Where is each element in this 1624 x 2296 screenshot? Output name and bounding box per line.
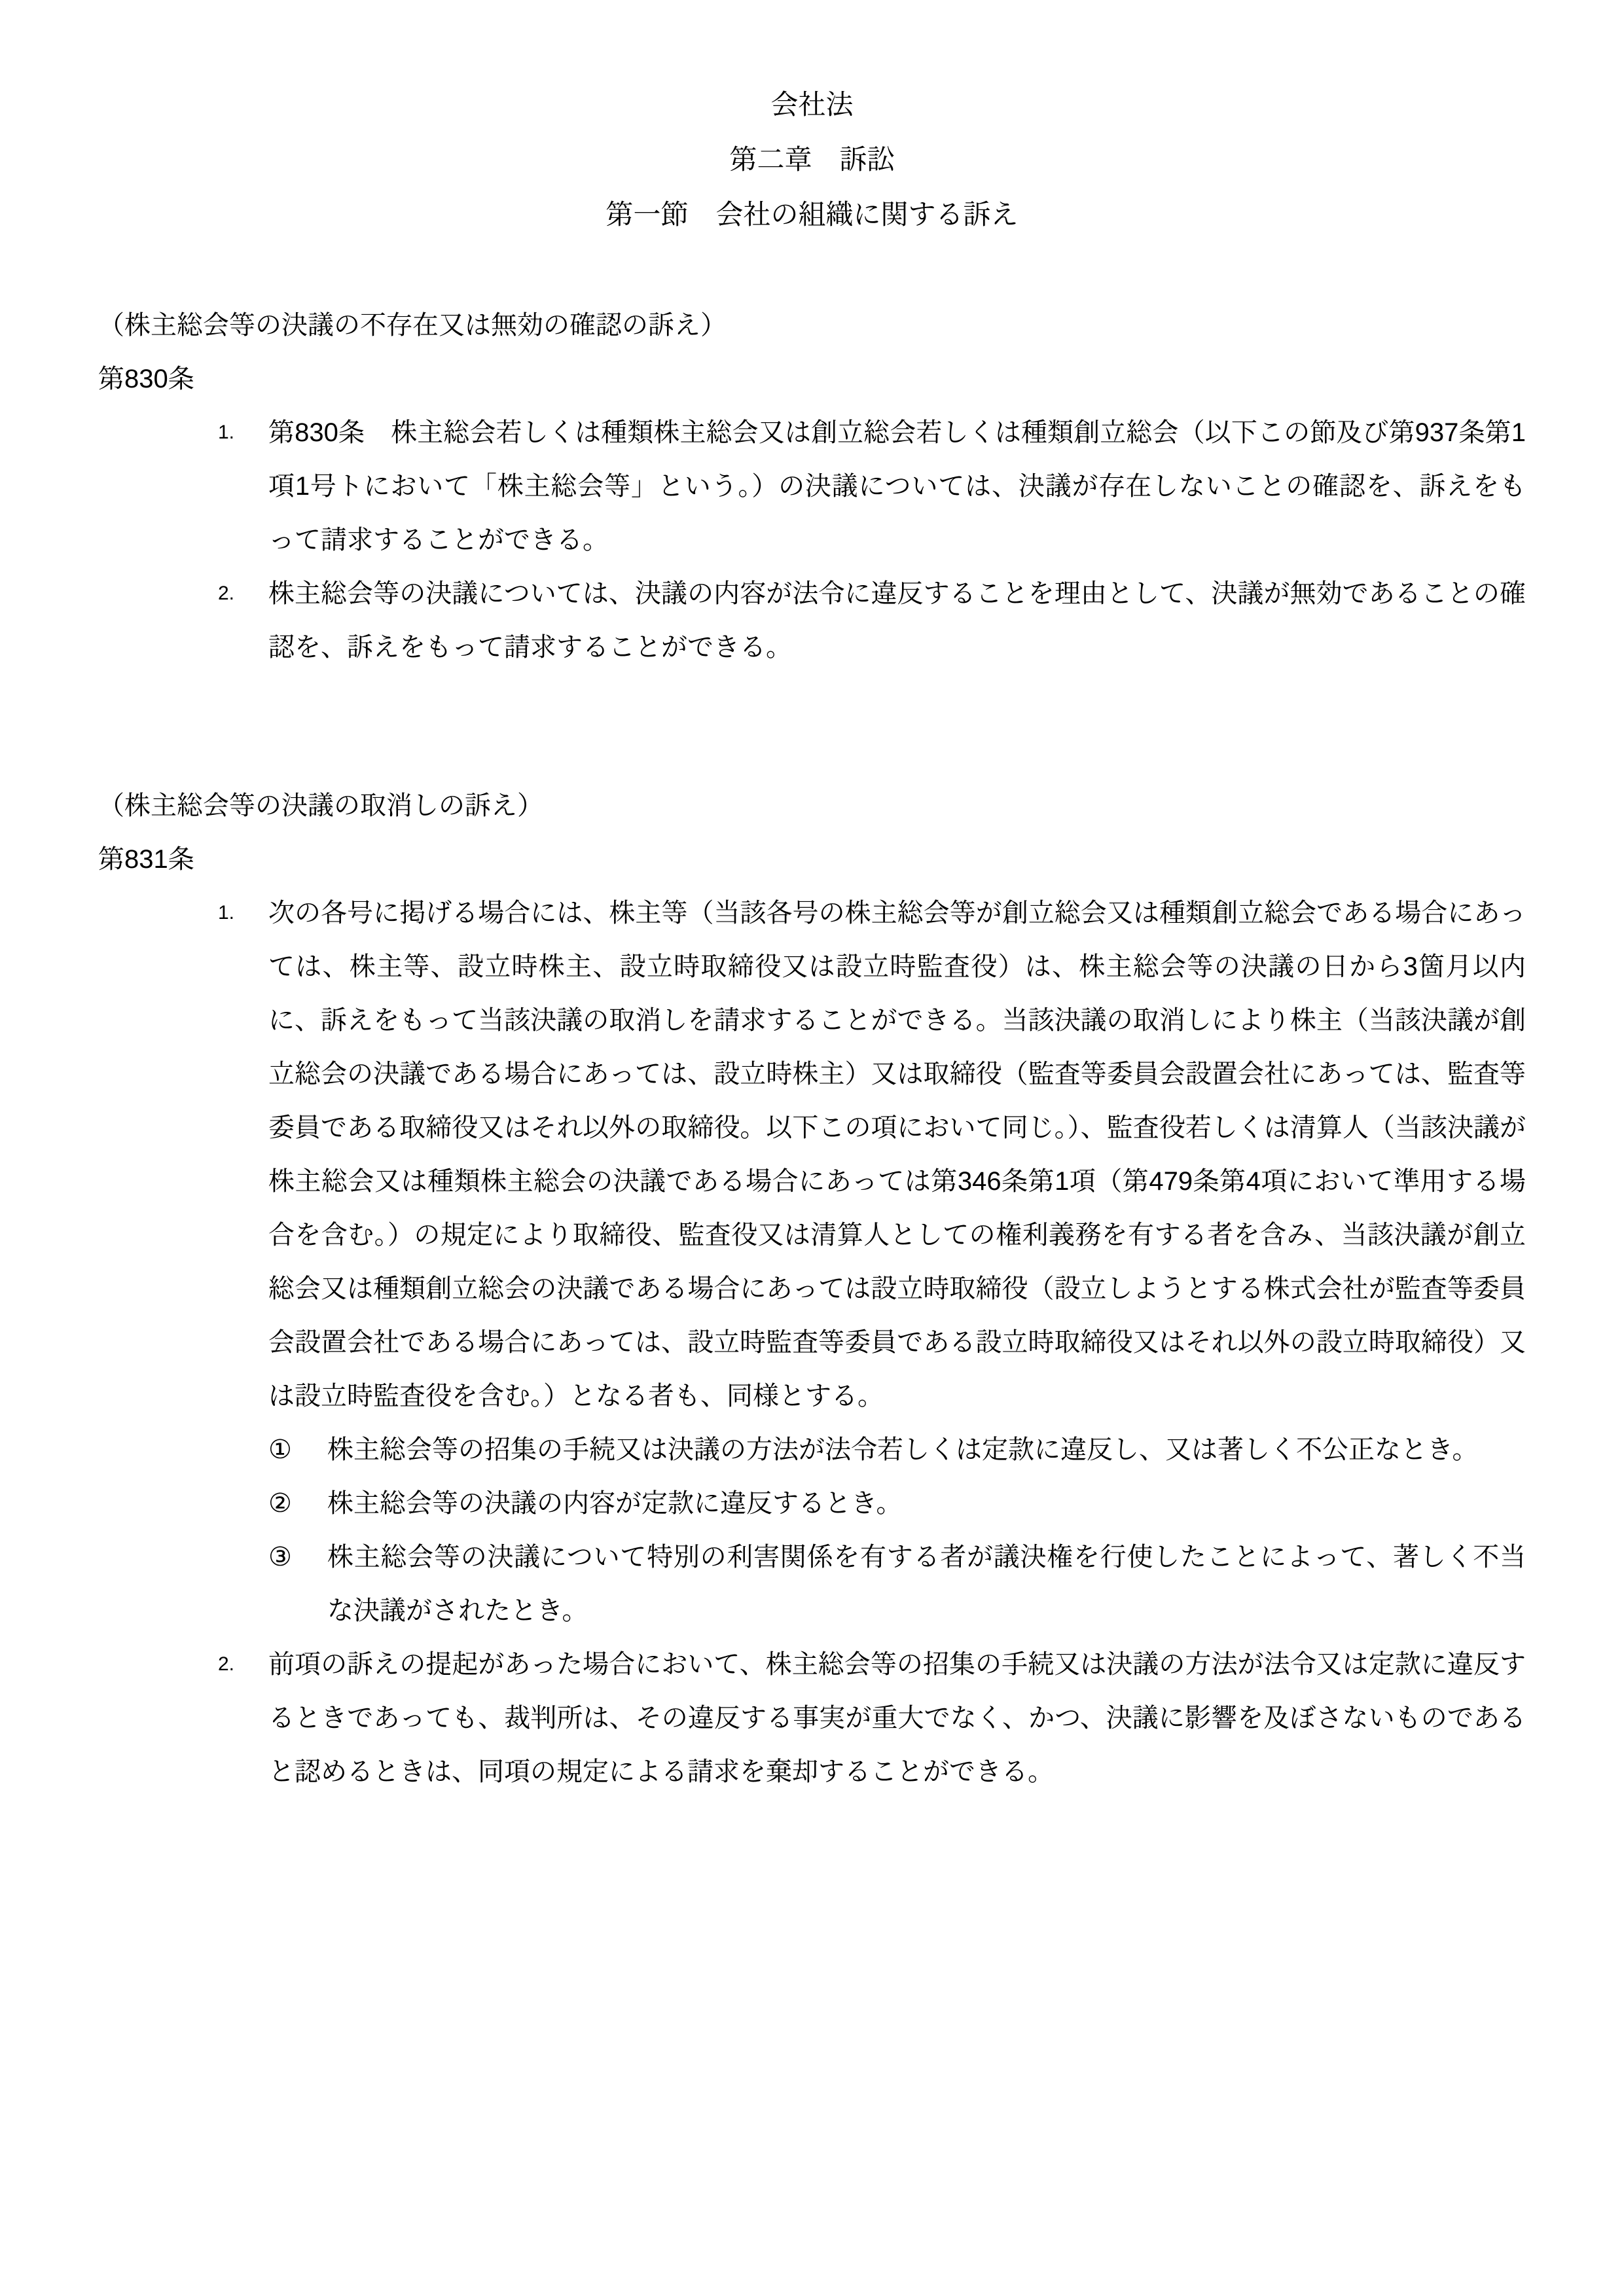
paragraph-number: 2.: [98, 1638, 268, 1691]
sub-item-1: ① 株主総会等の招集の手続又は決議の方法が法令若しくは定款に違反し、又は著しく不…: [268, 1423, 1526, 1477]
article-831-paragraph-2: 2. 前項の訴えの提起があった場合において、株主総会等の招集の手続又は決議の方法…: [98, 1638, 1526, 1799]
enumerated-sub-list: ① 株主総会等の招集の手続又は決議の方法が法令若しくは定款に違反し、又は著しく不…: [268, 1423, 1526, 1638]
law-title: 会社法: [98, 77, 1526, 132]
paragraph-number: 1.: [98, 886, 268, 940]
article-830: （株主総会等の決議の不存在又は無効の確認の訴え） 第830条 1. 第830条 …: [98, 298, 1526, 674]
article-831: （株主総会等の決議の取消しの訴え） 第831条 1. 次の各号に掲げる場合には、…: [98, 779, 1526, 1799]
sub-item-text: 株主総会等の招集の手続又は決議の方法が法令若しくは定款に違反し、又は著しく不公正…: [327, 1423, 1526, 1477]
article-830-caption: （株主総会等の決議の不存在又は無効の確認の訴え）: [98, 298, 1526, 352]
sub-item-text: 株主総会等の決議の内容が定款に違反するとき。: [327, 1477, 1526, 1530]
paragraph-text: 第830条 株主総会若しくは種類株主総会又は創立総会若しくは種類創立総会（以下こ…: [268, 406, 1526, 567]
chapter-heading: 第二章 訴訟: [98, 132, 1526, 187]
paragraph-number: 2.: [98, 567, 268, 620]
article-831-number: 第831条: [98, 833, 1526, 886]
article-831-paragraph-1: 1. 次の各号に掲げる場合には、株主等（当該各号の株主総会等が創立総会又は種類創…: [98, 886, 1526, 1638]
section-heading: 第一節 会社の組織に関する訴え: [98, 187, 1526, 242]
sub-item-marker: ②: [268, 1477, 327, 1530]
sub-item-2: ② 株主総会等の決議の内容が定款に違反するとき。: [268, 1477, 1526, 1530]
article-830-number: 第830条: [98, 352, 1526, 406]
article-831-caption: （株主総会等の決議の取消しの訴え）: [98, 779, 1526, 833]
article-830-paragraph-1: 1. 第830条 株主総会若しくは種類株主総会又は創立総会若しくは種類創立総会（…: [98, 406, 1526, 567]
sub-item-marker: ③: [268, 1530, 327, 1584]
paragraph-text: 株主総会等の決議については、決議の内容が法令に違反することを理由として、決議が無…: [268, 567, 1526, 674]
paragraph-body: 次の各号に掲げる場合には、株主等（当該各号の株主総会等が創立総会又は種類創立総会…: [268, 886, 1526, 1638]
sub-item-text: 株主総会等の決議について特別の利害関係を有する者が議決権を行使したことによって、…: [327, 1530, 1526, 1638]
sub-item-3: ③ 株主総会等の決議について特別の利害関係を有する者が議決権を行使したことによっ…: [268, 1530, 1526, 1638]
paragraph-number: 1.: [98, 406, 268, 459]
document-header: 会社法 第二章 訴訟 第一節 会社の組織に関する訴え: [98, 77, 1526, 242]
paragraph-text: 前項の訴えの提起があった場合において、株主総会等の招集の手続又は決議の方法が法令…: [268, 1638, 1526, 1799]
article-830-paragraph-2: 2. 株主総会等の決議については、決議の内容が法令に違反することを理由として、決…: [98, 567, 1526, 674]
document-page: 会社法 第二章 訴訟 第一節 会社の組織に関する訴え （株主総会等の決議の不存在…: [0, 0, 1624, 2296]
sub-item-marker: ①: [268, 1423, 327, 1477]
paragraph-text: 次の各号に掲げる場合には、株主等（当該各号の株主総会等が創立総会又は種類創立総会…: [268, 886, 1526, 1423]
